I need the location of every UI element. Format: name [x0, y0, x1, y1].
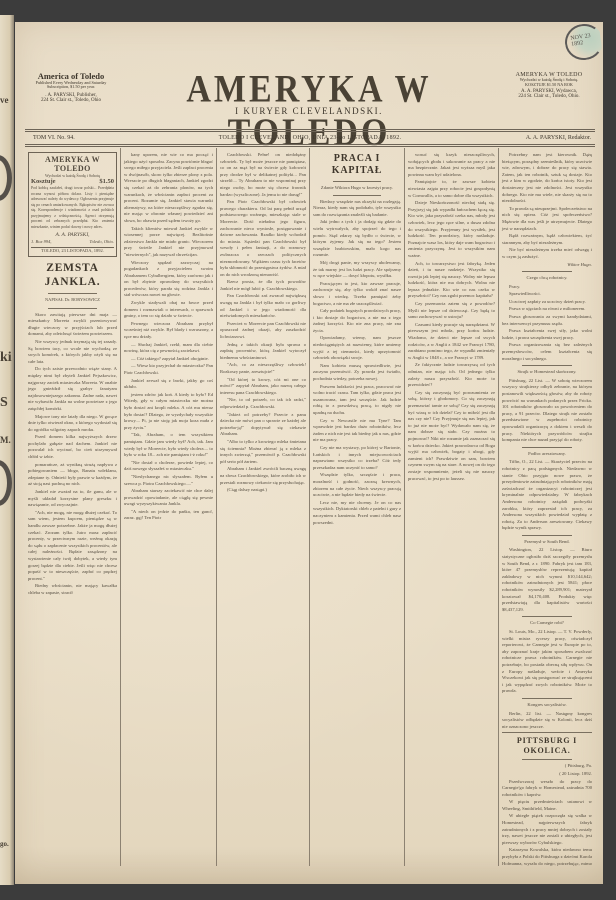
news-title: Co Carnegie robi?: [502, 620, 592, 627]
divider: [333, 181, 381, 182]
paragraph: Prawem ludzkości jest praca, pracować ni…: [313, 384, 401, 417]
paragraph: Zwykle siadywali obaj na ławce przed dom…: [124, 300, 213, 320]
column-3: Czachłowski. Pełne! on niedołężny człowi…: [216, 148, 309, 866]
paragraph: Potrzebny nam jest kierownik. Dążę bieżą…: [502, 152, 592, 205]
paragraph: Czachłowski. Pełne! on niedołężny człowi…: [220, 152, 306, 198]
edge-fragment: S: [0, 395, 8, 411]
paragraph: Pan Czachłowski zaś zwracał największą u…: [220, 293, 306, 319]
paragraph: Wieczory spędzał zazwyczaj na pogadankac…: [124, 260, 213, 300]
paragraph: Pracy.: [502, 284, 592, 291]
edge-ornament: [0, 155, 12, 201]
paragraph: "Tak, Abraham, o tem wszystkiem pamiętam…: [124, 432, 213, 458]
divider: [522, 365, 572, 366]
paragraph: Opowiadamy, wiemy, nam jeszcze niedociąg…: [313, 335, 401, 361]
paragraph: Biedny włościanin, nie mający kawałka ch…: [28, 583, 117, 596]
box-po-box: 1. Box 994,: [31, 239, 52, 245]
paragraph: "Ach, nie mogę, nie mogę dłużej czekać. …: [28, 510, 117, 583]
divider: [522, 698, 572, 699]
paragraph: Lecz nie, my nie chcemy. Je on co nas ws…: [313, 500, 401, 526]
paragraph: Przecież w Moreecie pan Czachłowski nie …: [220, 321, 306, 341]
divider: [48, 308, 97, 309]
newspaper-subtitle: I KURYER CLEVELANDSKI.: [125, 106, 493, 116]
paragraph: Jedną z takich okazji była sprawa o zapł…: [220, 342, 306, 362]
paragraph: Pan Piotr Czachłowski był człowiek prawe…: [220, 199, 306, 278]
box-price-row: Kosztuje $1.50: [31, 178, 114, 186]
story-byline: NAPISAŁ Dr. BORYSOWICZ: [28, 297, 117, 304]
paragraph: Mój drogi panie, my wszyscy ubolewamy, ż…: [313, 260, 401, 280]
paragraph: Jankiel nie zważał na to, ile ganu, ale …: [28, 489, 117, 509]
story-paragraphs: Czachłowski. Pełne! on niedołężny człowi…: [220, 152, 306, 494]
paragraph: (Ciąg dalszy nastąpi.): [220, 487, 306, 494]
intro-paragraphs: Potrzebny nam jest kierownik. Dążę bieżą…: [502, 152, 592, 261]
divider: [333, 195, 381, 196]
paragraph: Majowe tony nie latały dla niego. W gorą…: [28, 414, 117, 434]
adjacent-page-edge: ve ki S M. go.: [0, 15, 14, 885]
masthead: America of Toledo Published Every Wednes…: [25, 72, 595, 127]
paragraph: Do tych zaiste przewodnio wiąże stany. A…: [28, 366, 117, 412]
paragraph: W pięciu przedmieściach ustanowi w Wheel…: [502, 799, 592, 812]
story-paragraphs: Skoro zawitają pierwsze dni maja — miesz…: [28, 312, 117, 597]
paragraph: pomarańcze, aż wynikną strużą napływa z …: [28, 462, 117, 488]
paragraph: "Jakież od potrzeby? Przecie z panu dzie…: [220, 412, 306, 438]
paragraph: Czasami kiedy pracuje się narzędziami. W…: [408, 322, 495, 362]
box-signature: A. A. PARYSKI,: [31, 232, 114, 239]
masthead-left-line2: Subscription, $1.50 per year.: [25, 85, 117, 89]
news-title: Strajk w Homestead skończony.: [502, 369, 592, 376]
paragraph: Dzieje Nieskończoność niechaj stałą się.…: [408, 200, 495, 259]
column-2: kany uporem, nie wie co ma począć i jaki…: [120, 148, 216, 866]
divider: [502, 732, 592, 733]
news-body: St. Louis, Mo., 22 Listop. — T. V. Powde…: [502, 629, 592, 695]
paragraph: Jankiel zerwał się z ławki, jakby go coś…: [124, 378, 213, 391]
box-title: AMERYKA W TOLEDO: [31, 155, 114, 173]
section-dateline-2: ( 20 Listop. 1892.: [502, 771, 592, 778]
paragraph: — Wiesz kto przyjechał do miasteczka? Pa…: [124, 363, 213, 376]
column-4: PRACA I KAPITAŁ Zdanie Wiktora Hugo w kw…: [309, 148, 404, 866]
divider: [522, 271, 572, 272]
news-items: Strajk w Homestead skończony.Pittsburg, …: [502, 365, 592, 730]
paragraph: Ze faktycznie ludzie towarzyszą od tych …: [408, 362, 495, 388]
paragraph: jestem zdrów jak koń. A kiedy to było? E…: [124, 392, 213, 432]
postmark-stamp: NOV 23 1892: [563, 22, 603, 62]
page-bottom-shadow: [15, 846, 603, 884]
paragraph: Rzecz prosta, że dla tych powodów Jankie…: [220, 279, 306, 292]
news-body: Berlin, 22 list. — Następny kongres socy…: [502, 711, 592, 731]
paragraph: Biedacy wszędzie nas okrzyki na rozlegaj…: [313, 199, 401, 219]
paragraph: "Od której to krowy, cóż mi one co mówi?…: [220, 377, 306, 397]
paragraph: Pewnego wieczora Abraham przybył wcześni…: [124, 321, 213, 341]
edge-fragment: ve: [0, 95, 9, 105]
divider: [522, 447, 572, 448]
paragraph: Prawa kształcenia swej siły, jako wolni …: [502, 328, 592, 341]
column-6: Potrzebny nam jest kierownik. Dążę bieżą…: [498, 148, 595, 866]
article-paragraphs: wosuć się krzyk nieszczęśliwych, wołając…: [408, 152, 495, 482]
divider: [522, 616, 572, 617]
newspaper-page: NOV 23 1892 America of Toledo Published …: [15, 22, 603, 884]
paragraph: "Niesłychanego nic słyszałem. Byłem u sz…: [124, 474, 213, 487]
paragraph: Pamiętajcie to, że zawsze kobieta niewia…: [408, 179, 495, 199]
box-body: Pod kołdrą zaufałeś, drugi towar polski.…: [31, 186, 114, 230]
box-city: Toledo, Ohio.: [90, 239, 114, 245]
paragraph: "Nie dostał o cholerze, powiedz lepiej, …: [124, 460, 213, 473]
columns: AMERYKA W TOLEDO Wychodzi w każdą Środę …: [25, 148, 595, 866]
paragraph: — Cóż takiego? zapytał Jankiel obojętnie…: [124, 356, 213, 363]
paragraph: wosuć się krzyk nieszczęśliwych, wołając…: [408, 152, 495, 178]
paragraph: Skoro zawitają pierwsze dni maja — miesz…: [28, 312, 117, 338]
masthead-right-box: AMERYKA W TOLEDO Wychodzi w każdą Środę …: [503, 72, 595, 100]
column-1: AMERYKA W TOLEDO Wychodzi w każdą Środę …: [25, 148, 120, 866]
paragraph: kany uporem, nie wie co ma począć i jaki…: [124, 152, 213, 225]
paragraph: Prawa organizowania się bez zależnych pr…: [502, 342, 592, 362]
paragraph: Abraham starszy zaciekawić nie chce dale…: [124, 488, 213, 508]
intro-signature: Wiktor Hugo.: [502, 262, 592, 269]
paragraph: W ubiegłe piątek rozpoczęła się walka w …: [502, 813, 592, 846]
divider: [522, 759, 572, 760]
paragraph: Pracującym to jest, kto zawsze pracuje, …: [313, 281, 401, 307]
paragraph: Czy w Newcastle nie ma Tyne? Tam wprawdz…: [313, 418, 401, 444]
paragraph: Prawa w ujęciach na równi z milionerem.: [502, 306, 592, 313]
paragraph: Jaki jedno z tych i ja dodaję się gdzie …: [313, 219, 401, 259]
paragraph: Takich klientów miewał Jankiel zwykle w …: [124, 226, 213, 259]
paragraph: Nam kobieta muszą sprawiedliwie, jest za…: [313, 363, 401, 383]
edge-fragment: go.: [0, 840, 9, 848]
news-body: Washington, 22 Listop. — Biuro statystyc…: [502, 547, 592, 613]
place-date: TOLEDO I CLEVELAND, OHIO, DNIA 23-go LIS…: [25, 135, 595, 141]
paragraph: Czy przemawia zatem się z powodów? Myśli…: [408, 301, 495, 321]
paragraph: Prawa głosowania za swymi kandydatami, b…: [502, 314, 592, 327]
paragraph: Bądź rozważnym, bądź człowiekiem, żyć st…: [502, 233, 592, 246]
box-date: TOLEDO, 23 LISTOPADA, 1892.: [31, 247, 114, 254]
edge-ornament: [0, 460, 12, 506]
demands-title: Czego chcą robotnicy.: [502, 275, 592, 282]
news-body: Tiffin, O., 22 List. — Skarżyciel przeci…: [502, 459, 592, 532]
paragraph: Cały podatek bogatych prawdziwych pracy,…: [313, 308, 401, 334]
paragraph: Uczciwej zapłaty za uczciwy dzień pracy.: [502, 299, 592, 306]
paragraph: Sprawiedliwości.: [502, 291, 592, 298]
news-title: Przemysł w South Bend.: [502, 539, 592, 546]
story-paragraphs: kany uporem, nie wie co ma począć i jaki…: [124, 152, 213, 522]
masthead-left-address: 224 St. Clair st., Toledo, Ohio: [25, 98, 117, 103]
paragraph: "Albo to tylko z krowiego mleka śmietana…: [220, 439, 306, 465]
paragraph: "Ach, co za nieszczęśliwy człowiek! Rozk…: [220, 362, 306, 375]
paragraph: Czy nie ma wystawy, po której w Bartonie…: [313, 445, 401, 471]
paragraph: Nie być niezależnym trzeba mieć odwagę i…: [502, 247, 592, 260]
demands-list: Pracy.Sprawiedliwości.Uczciwej zapłaty z…: [502, 284, 592, 363]
paragraph: Abraham i Jankiel zwrócili baczną uwagę …: [220, 466, 306, 486]
story-title: ZEMSTA JANKLA.: [28, 261, 117, 289]
news-title: Kongres socyalistów.: [502, 702, 592, 709]
edge-fragment: ki: [0, 350, 12, 366]
paragraph: Ach, to towarzystwo jest fabryką. Jeden …: [408, 261, 495, 301]
masthead-rule: [25, 129, 595, 132]
box-address-row: 1. Box 994, Toledo, Ohio.: [31, 239, 114, 245]
dateline-rule: [25, 144, 595, 147]
paragraph: Wszędzie tylko, szczęście i praca, moral…: [313, 472, 401, 498]
paragraph: — Słuchaj Jankiel, rzekł, mam dla ciebie…: [124, 342, 213, 355]
news-title: Podłoc aresztowany.: [502, 451, 592, 458]
box-price-label: Kosztuje: [31, 178, 56, 186]
box-price: $1.50: [99, 178, 114, 186]
paragraph: To prawda są nieuprzejmi. Społeczeństwo …: [502, 206, 592, 232]
paragraph: "Nie, to od potrzeb, co tak ich radzi," …: [220, 397, 306, 410]
masthead-right-address: 224 St. Clair st., Toledo, Ohio.: [503, 94, 595, 99]
editor-name: A. A. PARYSKI, Redaktor.: [526, 135, 591, 141]
paragraph: Przedwczoraj weszło do pracy do Carnegie…: [502, 779, 592, 799]
news-body: Pittsburg, 22 List. — W sobotę wieczorem…: [502, 378, 592, 444]
masthead-right-line2: KOSZTUJE $1.50 NA ROK: [503, 83, 595, 87]
paragraph: Nie wszyscy jednak trzymają się tej zasa…: [28, 339, 117, 365]
column-5: wosuć się krzyk nieszczęśliwych, wołając…: [404, 148, 498, 866]
article-paragraphs: Biedacy wszędzie nas okrzyki na rozlegaj…: [313, 199, 401, 527]
paragraph: Czy się zaczynają być porozumienia ze so…: [408, 390, 495, 482]
section-dateline-1: ( Pittsburg, Pa.: [502, 763, 592, 770]
article-title: PRACA I KAPITAŁ: [313, 153, 401, 177]
divider: [522, 535, 572, 536]
section-title: PITTSBURG I OKOLICA.: [502, 736, 592, 756]
masthead-left-box: America of Toledo Published Every Wednes…: [25, 72, 117, 103]
postmark-text: NOV 23 1892: [570, 33, 591, 48]
subscription-box: AMERYKA W TOLEDO Wychodzi w każdą Środę …: [28, 152, 117, 257]
article-subtitle: Zdanie Wiktora Hugo w kwestyi pracy.: [313, 185, 401, 192]
paragraph: Przed domem kilka najwyższych drzew poch…: [28, 434, 117, 460]
divider: [48, 293, 97, 294]
paragraph: "A niech on jedzie do pańka, ten gancf, …: [124, 509, 213, 522]
edge-fragment: M.: [0, 435, 11, 445]
